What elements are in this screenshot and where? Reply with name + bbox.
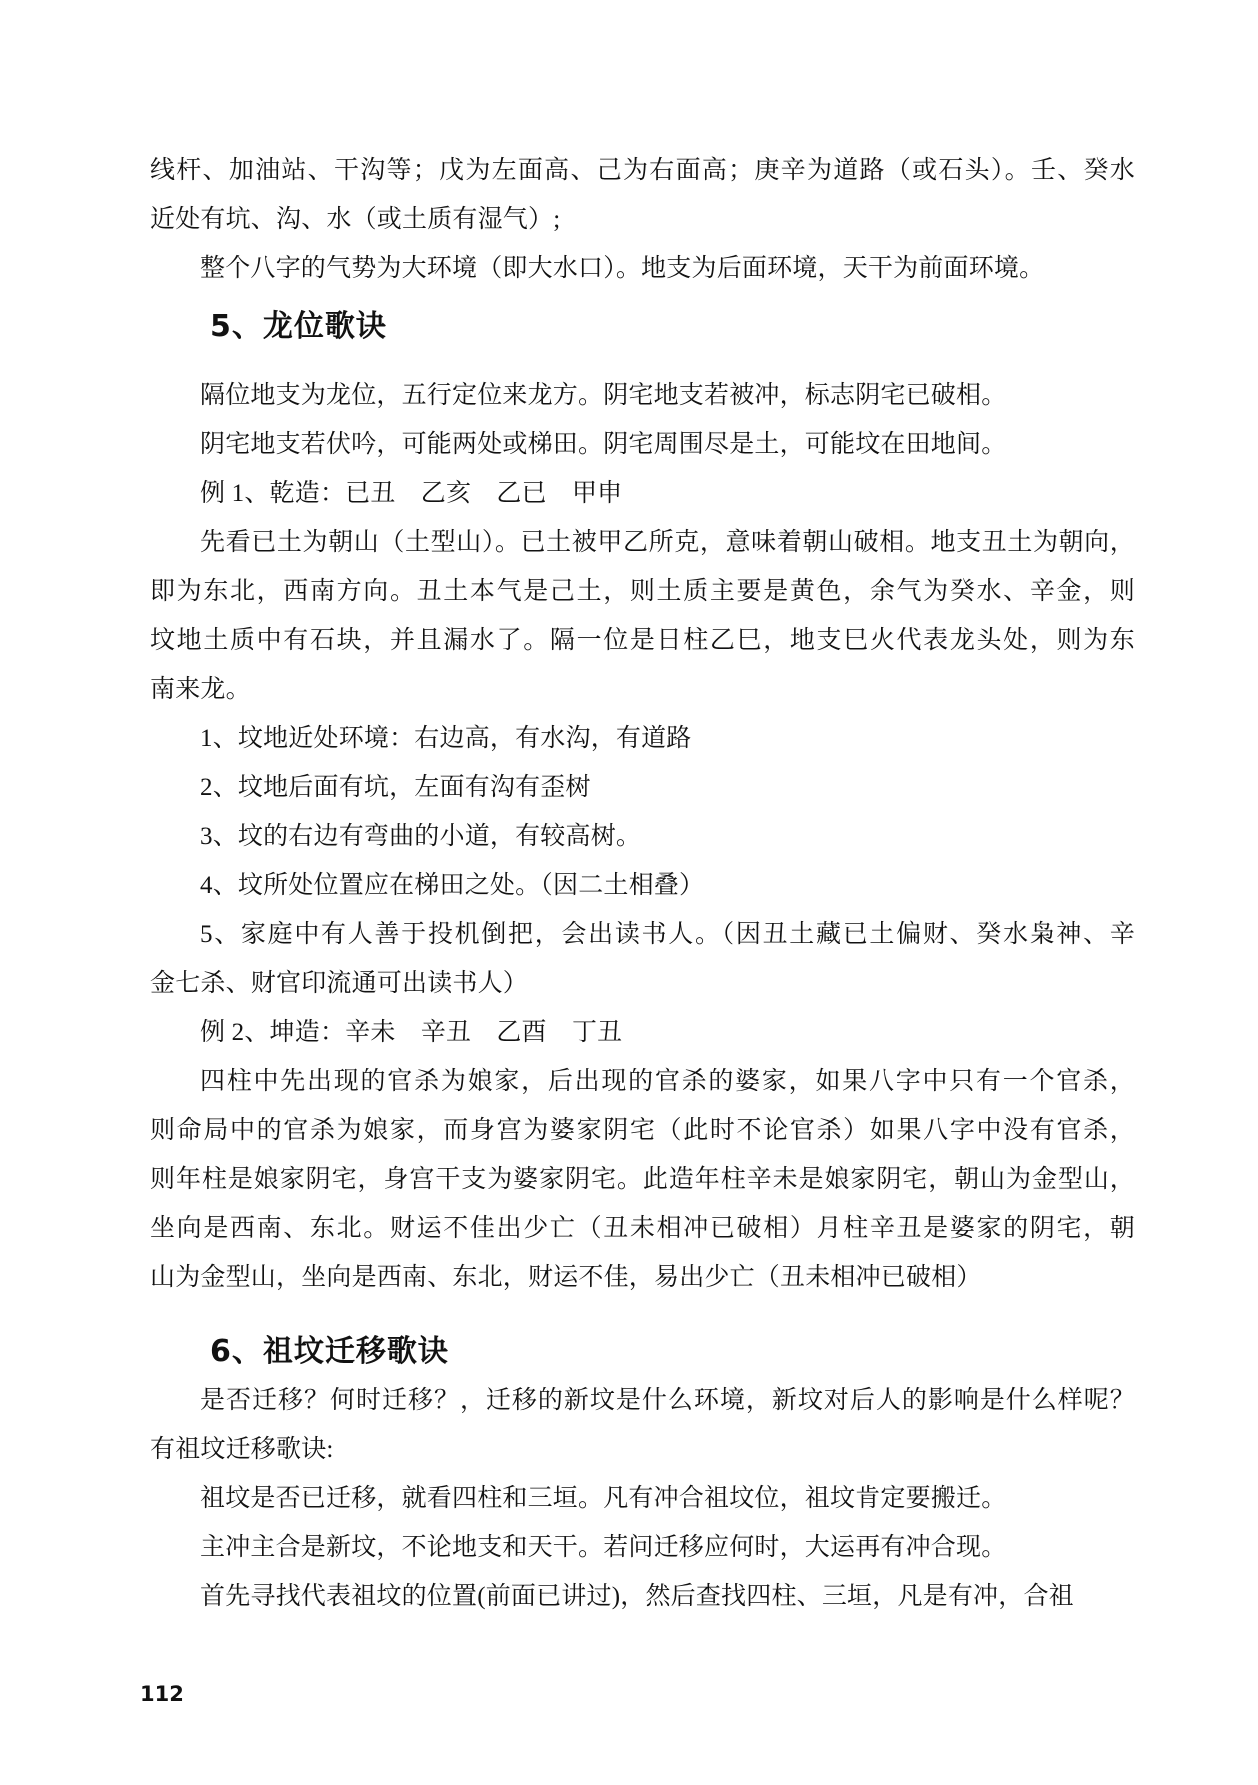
body-line: 即为东北，西南方向。丑土本气是己土，则土质主要是黄色，余气为癸水、辛金，则 <box>150 567 1135 616</box>
body-line: 阴宅地支若伏吟，可能两处或梯田。阴宅周围尽是土，可能坟在田地间。 <box>150 420 1135 469</box>
section-heading-longwei: 5、龙位歌诀 <box>150 302 1135 351</box>
list-item: 2、坟地后面有坑，左面有沟有歪树 <box>150 763 1135 812</box>
body-line: 山为金型山，坐向是西南、东北，财运不佳，易出少亡（丑未相冲已破相） <box>150 1253 1135 1302</box>
body-line: 整个八字的气势为大环境（即大水口）。地支为后面环境，天干为前面环境。 <box>150 244 1135 293</box>
body-line: 祖坟是否已迁移，就看四柱和三垣。凡有冲合祖坟位，祖坟肯定要搬迁。 <box>150 1474 1135 1523</box>
example-2-line: 例 2、坤造：辛未 辛丑 乙酉 丁丑 <box>150 1008 1135 1057</box>
body-line: 四柱中先出现的官杀为娘家，后出现的官杀的婆家，如果八字中只有一个官杀， <box>150 1057 1135 1106</box>
list-item: 4、坟所处位置应在梯田之处。（因二土相叠） <box>150 861 1135 910</box>
document-page: 线杆、加油站、干沟等；戊为左面高、己为右面高；庚辛为道路（或石头）。壬、癸水 近… <box>0 0 1258 1785</box>
body-line: 有祖坟迁移歌诀: <box>150 1425 1135 1474</box>
body-line: 则命局中的官杀为娘家，而身宫为婆家阴宅（此时不论官杀）如果八字中没有官杀， <box>150 1106 1135 1155</box>
body-line: 坐向是西南、东北。财运不佳出少亡（丑未相冲已破相）月柱辛丑是婆家的阴宅，朝 <box>150 1204 1135 1253</box>
body-line: 线杆、加油站、干沟等；戊为左面高、己为右面高；庚辛为道路（或石头）。壬、癸水 <box>150 146 1135 195</box>
example-1-line: 例 1、乾造：已丑 乙亥 乙已 甲申 <box>150 469 1135 518</box>
page-number: 112 <box>140 1682 184 1706</box>
body-line: 先看已土为朝山（土型山）。已土被甲乙所克，意味着朝山破相。地支丑土为朝向， <box>150 518 1135 567</box>
list-item: 5、家庭中有人善于投机倒把，会出读书人。（因丑土藏已土偏财、癸水枭神、辛 <box>150 910 1135 959</box>
body-line: 首先寻找代表祖坟的位置(前面已讲过)，然后查找四柱、三垣，凡是有冲，合祖 <box>150 1572 1135 1621</box>
body-line: 主冲主合是新坟，不论地支和天干。若问迁移应何时，大运再有冲合现。 <box>150 1523 1135 1572</box>
body-line: 近处有坑、沟、水（或土质有湿气）; <box>150 195 1135 244</box>
list-item: 1、坟地近处环境：右边高，有水沟，有道路 <box>150 714 1135 763</box>
section-heading-zufen-qianyi: 6、祖坟迁移歌诀 <box>150 1327 1135 1376</box>
list-item: 3、坟的右边有弯曲的小道，有较高树。 <box>150 812 1135 861</box>
body-line: 是否迁移？何时迁移？，迁移的新坟是什么环境，新坟对后人的影响是什么样呢？ <box>150 1376 1135 1425</box>
body-line: 南来龙。 <box>150 665 1135 714</box>
body-line: 坟地土质中有石块，并且漏水了。隔一位是日柱乙巳，地支巳火代表龙头处，则为东 <box>150 616 1135 665</box>
body-line: 则年柱是娘家阴宅，身宫干支为婆家阴宅。此造年柱辛未是娘家阴宅，朝山为金型山， <box>150 1155 1135 1204</box>
body-line: 金七杀、财官印流通可出读书人） <box>150 959 1135 1008</box>
body-line: 隔位地支为龙位，五行定位来龙方。阴宅地支若被冲，标志阴宅已破相。 <box>150 371 1135 420</box>
